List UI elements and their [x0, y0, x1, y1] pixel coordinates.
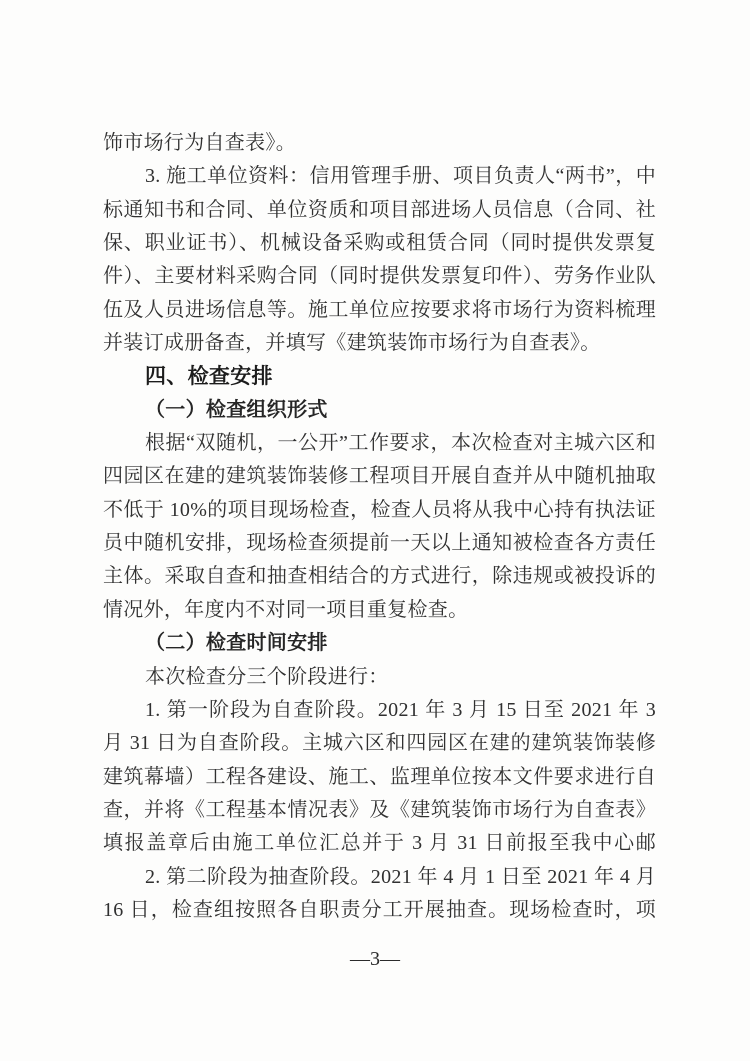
paragraph-line: 伍及人员进场信息等。施工单位应按要求将市场行为资料梳理 — [103, 294, 656, 327]
paragraph-line: 四园区在建的建筑装饰装修工程项目开展自查并从中随机抽取 — [103, 460, 656, 493]
paragraph-line: 情况外，年度内不对同一项目重复检查。 — [103, 594, 656, 627]
paragraph-line: 填报盖章后由施工单位汇总并于 3 月 31 日前报至我中心邮箱。 — [103, 827, 656, 860]
paragraph-line: 主体。采取自查和抽查相结合的方式进行，除违规或被投诉的 — [103, 560, 656, 593]
section-heading-inspection-arrangement: 四、检查安排 — [103, 360, 656, 393]
document-body: 饰市场行为自查表》。 3. 施工单位资料：信用管理手册、项目负责人“两书”，中 … — [103, 127, 656, 927]
paragraph-line: 员中随机安排，现场检查须提前一天以上通知被检查各方责任 — [103, 527, 656, 560]
paragraph-line: 查，并将《工程基本情况表》及《建筑装饰市场行为自查表》 — [103, 794, 656, 827]
paragraph-line: 1. 第一阶段为自查阶段。2021 年 3 月 15 日至 2021 年 3 — [103, 694, 656, 727]
paragraph-line: 件）、主要材料采购合同（同时提供发票复印件）、劳务作业队 — [103, 260, 656, 293]
paragraph-line: 本次检查分三个阶段进行： — [103, 661, 656, 694]
paragraph-line: 并装订成册备查，并填写《建筑装饰市场行为自查表》。 — [103, 327, 656, 360]
paragraph-line: 标通知书和合同、单位资质和项目部进场人员信息（合同、社 — [103, 194, 656, 227]
paragraph-line: 16 日，检查组按照各自职责分工开展抽查。现场检查时，项目 — [103, 894, 656, 927]
paragraph-line: 不低于 10%的项目现场检查，检查人员将从我中心持有执法证人 — [103, 494, 656, 527]
subsection-heading-organization-form: （一）检查组织形式 — [103, 394, 656, 427]
paragraph-line: 2. 第二阶段为抽查阶段。2021 年 4 月 1 日至 2021 年 4 月 — [103, 861, 656, 894]
paragraph-line: 3. 施工单位资料：信用管理手册、项目负责人“两书”，中 — [103, 160, 656, 193]
paragraph-line: 建筑幕墙）工程各建设、施工、监理单位按本文件要求进行自 — [103, 761, 656, 794]
paragraph-line: 月 31 日为自查阶段。主城六区和四园区在建的建筑装饰装修(含 — [103, 727, 656, 760]
page-number: —3— — [0, 943, 750, 976]
paragraph-line: 根据“双随机，一公开”工作要求，本次检查对主城六区和 — [103, 427, 656, 460]
document-page: 饰市场行为自查表》。 3. 施工单位资料：信用管理手册、项目负责人“两书”，中 … — [0, 0, 750, 1061]
paragraph-line: 饰市场行为自查表》。 — [103, 127, 656, 160]
subsection-heading-time-schedule: （二）检查时间安排 — [103, 627, 656, 660]
paragraph-line: 保、职业证书）、机械设备采购或租赁合同（同时提供发票复印 — [103, 227, 656, 260]
